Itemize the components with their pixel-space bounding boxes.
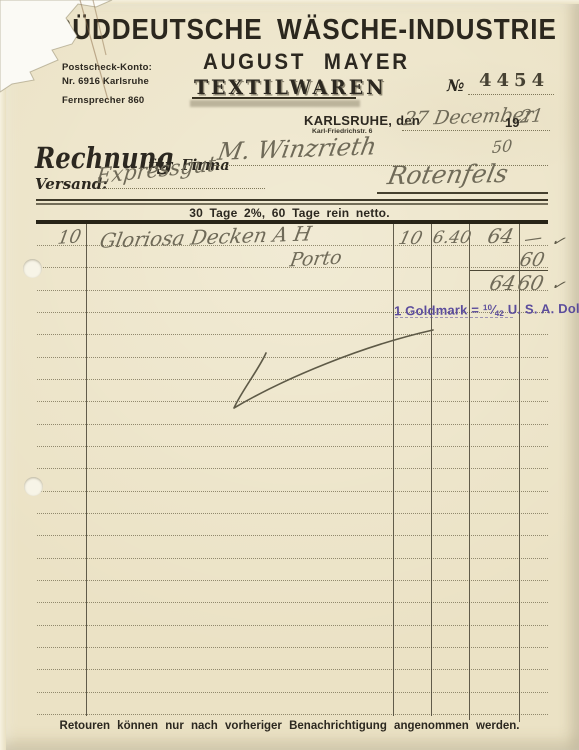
ledger-row-line xyxy=(37,580,548,581)
postal-account-label: Postscheck-Konto: xyxy=(62,61,152,75)
double-rule-bottom xyxy=(36,203,548,205)
trade-smudge xyxy=(190,100,360,107)
row1-checkmark: ✓ xyxy=(549,231,568,250)
invoice-number-underline xyxy=(468,94,554,95)
row1-unit-price: 6.40 xyxy=(431,228,473,248)
total-amount-mark: 64 xyxy=(487,271,518,295)
ledger-row-line xyxy=(37,379,548,380)
handwritten-customer: M. Winzrieth xyxy=(216,132,379,166)
row1-description: Gloriosa Decken A H xyxy=(98,221,314,253)
total-checkmark: ✓ xyxy=(549,275,568,294)
ledger-vline-itemno xyxy=(86,224,87,716)
stamp-prefix: 1 Goldmark = xyxy=(394,302,483,318)
destination-underline xyxy=(377,192,548,194)
footer-note: Retouren können nur nach vorheriger Bena… xyxy=(0,720,579,732)
handwritten-destination: Rotenfels xyxy=(385,159,510,190)
punch-hole-bottom xyxy=(24,477,43,496)
postal-account-value: Nr. 6916 Karlsruhe xyxy=(62,75,152,89)
ledger-row-line xyxy=(37,334,548,335)
paper-deckle-top xyxy=(0,0,579,4)
ledger-row-line xyxy=(37,558,548,559)
stamp-underline xyxy=(395,317,513,318)
row1-item-no: 10 xyxy=(56,226,83,249)
invoice-number-label: № xyxy=(447,76,464,95)
ledger-row-line xyxy=(37,290,548,291)
company-name: SÜDDEUTSCHE WÄSCHE-INDUSTRIE xyxy=(54,14,557,47)
stamp-suffix: U. S. A. Dollar xyxy=(504,301,579,317)
ledger-row-line xyxy=(37,602,548,603)
double-rule-top xyxy=(36,199,548,201)
ledger-row-line xyxy=(37,647,548,648)
ledger-vline-pfennig xyxy=(519,224,520,722)
ledger-vline-qty xyxy=(393,224,394,716)
row2-amount-pfennig: 60 xyxy=(518,249,547,271)
row1-amount-pfennig: — xyxy=(523,227,544,250)
proprietor-name: AUGUST MAYER xyxy=(203,49,410,75)
total-amount-pfennig: 60 xyxy=(515,271,546,295)
invoice-scan-page: SÜDDEUTSCHE WÄSCHE-INDUSTRIE AUGUST MAYE… xyxy=(0,0,579,750)
ledger-row-line xyxy=(37,491,548,492)
ledger-row-line xyxy=(37,468,548,469)
shipping-underline xyxy=(100,188,265,189)
handwritten-number: 50 xyxy=(491,136,513,157)
ledger-row-line xyxy=(37,669,548,670)
ledger-row-line xyxy=(37,625,548,626)
row1-amount-mark: 64 xyxy=(485,224,516,248)
ledger-vline-mark xyxy=(469,224,470,720)
paper-deckle-left xyxy=(0,0,6,750)
ledger-row-line xyxy=(37,692,548,693)
ledger-row-line xyxy=(37,446,548,447)
telephone: Fernsprecher 860 xyxy=(62,94,152,108)
date-underline xyxy=(402,130,550,131)
ledger-row-line xyxy=(37,357,548,358)
payment-terms: 30 Tage 2%, 60 Tage rein netto. xyxy=(0,206,579,220)
ledger-row-line xyxy=(37,513,548,514)
trade-underline xyxy=(192,97,356,99)
punch-hole-top xyxy=(23,259,42,278)
postal-block: Postscheck-Konto: Nr. 6916 Karlsruhe Fer… xyxy=(62,61,152,108)
ledger-row-line xyxy=(37,714,548,715)
row2-description: Porto xyxy=(288,247,343,272)
trade-line: TEXTILWAREN xyxy=(194,75,386,99)
ledger-row-line xyxy=(37,535,548,536)
invoice-number-value: 4454 xyxy=(479,70,549,91)
printed-century: 19 xyxy=(505,115,519,130)
ledger-row-line xyxy=(37,401,548,402)
handwritten-year: 21 xyxy=(519,105,545,128)
ledger-row-line xyxy=(37,424,548,425)
stamp-numerator: 10 xyxy=(483,303,492,312)
ledger-vline-price xyxy=(431,224,432,716)
